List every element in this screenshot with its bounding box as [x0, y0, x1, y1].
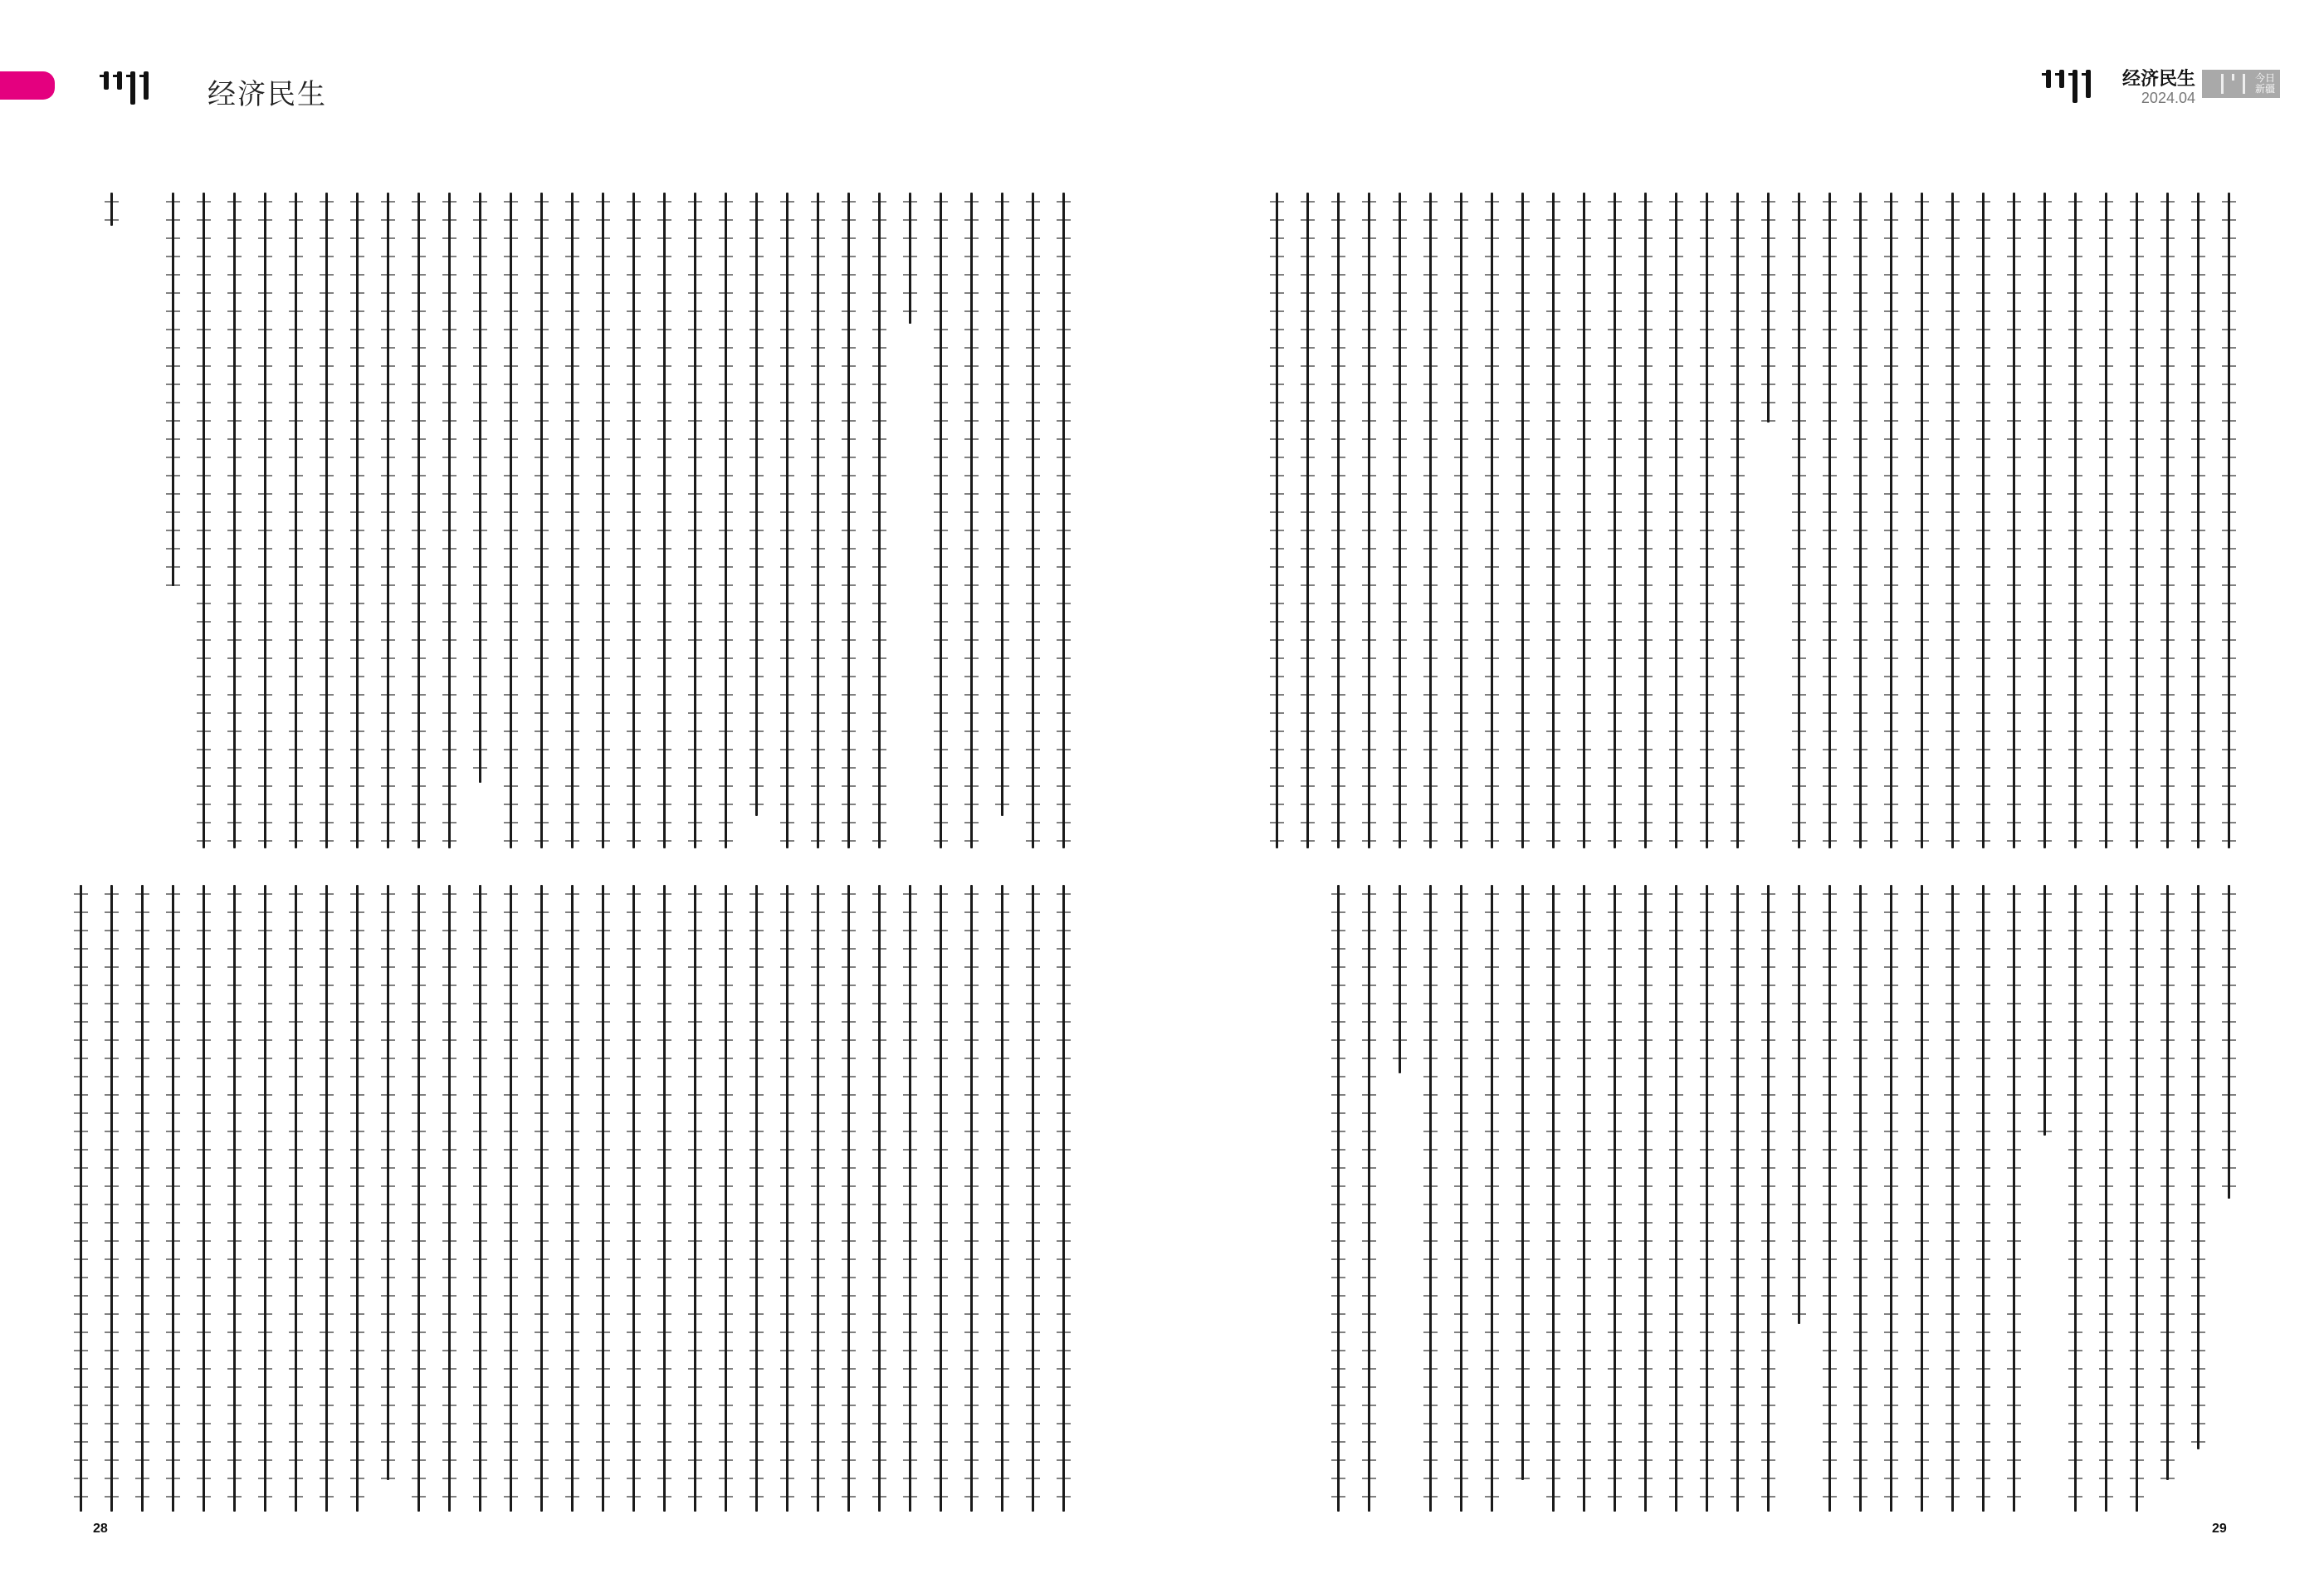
- text-column: [833, 885, 864, 1512]
- text-column: [557, 193, 588, 848]
- text-column: [710, 885, 741, 1512]
- text-column: [803, 885, 833, 1512]
- text-column: [1814, 885, 1845, 1512]
- text-column: [1354, 193, 1384, 848]
- text-column: [526, 193, 557, 848]
- text-column: [1384, 193, 1415, 848]
- text-column: [741, 885, 772, 1512]
- issue-date: 2024.04: [2122, 90, 2195, 106]
- section-label-mongolian: ᠡᠳ᠋ ᠵᠠᠰᠠᠭ᠂ ᠠᠷᠠᠳ ᠤᠨ ᠠᠮᠢᠳᠤᠷᠠᠯ: [2046, 70, 2091, 103]
- left-page: ᠡᠳ᠋ ᠵᠠᠰᠠᠭ᠂ ᠠᠷᠠᠳ ᠤᠨ ᠠᠮᠢᠳᠤᠷᠠᠯ 经济民生 28: [0, 0, 1162, 1588]
- text-column: [2029, 193, 2060, 848]
- text-column: [1538, 193, 1569, 848]
- text-column: [956, 193, 987, 848]
- text-column: [1048, 885, 1079, 1512]
- text-column: [864, 193, 895, 848]
- text-column: [1538, 885, 1569, 1512]
- text-column: [496, 193, 526, 848]
- text-column: [2214, 193, 2244, 848]
- text-column: [1446, 885, 1477, 1512]
- text-column: [987, 193, 1018, 848]
- text-column: [2060, 885, 2091, 1512]
- text-column: [1876, 193, 1907, 848]
- text-column: [649, 885, 680, 1512]
- text-column: [1018, 193, 1048, 848]
- text-column: [127, 885, 158, 1512]
- text-column: [864, 885, 895, 1512]
- text-column: [588, 193, 618, 848]
- text-column: [1968, 885, 1999, 1512]
- page-number: 28: [93, 1522, 108, 1537]
- article-text-block-bottom: [1323, 885, 2244, 1512]
- section-tab-marker: [0, 71, 55, 100]
- text-column: [1999, 193, 2029, 848]
- text-column: [895, 193, 925, 848]
- text-column: [1661, 885, 1692, 1512]
- text-column: [1722, 885, 1753, 1512]
- text-column: [1630, 885, 1661, 1512]
- text-column: [680, 885, 710, 1512]
- text-column: [526, 885, 557, 1512]
- text-column: [680, 193, 710, 848]
- text-column: [219, 885, 250, 1512]
- text-column: [1753, 193, 1784, 848]
- text-column: [1999, 885, 2029, 1512]
- text-column: [2091, 885, 2121, 1512]
- text-column: [741, 193, 772, 848]
- text-column: [2121, 193, 2152, 848]
- text-column: [1323, 885, 1354, 1512]
- text-column: [1507, 885, 1538, 1512]
- text-column: [403, 193, 434, 848]
- text-column: [710, 193, 741, 848]
- text-column: [1446, 193, 1477, 848]
- text-column: [496, 885, 526, 1512]
- text-column: [1722, 193, 1753, 848]
- text-column: [1323, 193, 1354, 848]
- text-column: [1907, 193, 1937, 848]
- text-column: [219, 193, 250, 848]
- text-column: [250, 193, 281, 848]
- text-column: [1384, 885, 1415, 1512]
- text-column: [281, 193, 311, 848]
- text-column: [188, 193, 219, 848]
- text-column: [311, 885, 342, 1512]
- text-column: [1569, 193, 1599, 848]
- text-column: [1415, 193, 1446, 848]
- text-column: [2091, 193, 2121, 848]
- text-column: [1937, 193, 1968, 848]
- text-column: [434, 885, 465, 1512]
- text-column: [1692, 885, 1722, 1512]
- text-column: [66, 885, 96, 1512]
- text-column: [1845, 193, 1876, 848]
- page-header: ᠡᠳ᠋ ᠵᠠᠰᠠᠭ᠂ ᠠᠷᠠᠳ ᠤᠨ ᠠᠮᠢᠳᠤᠷᠠᠯ 经济民生 2024.04…: [2046, 70, 2280, 106]
- text-column: [1814, 193, 1845, 848]
- text-column: [158, 885, 188, 1512]
- magazine-logo-badge: 今日 新疆: [2202, 70, 2280, 98]
- text-column: [2029, 885, 2060, 1512]
- text-column: [987, 885, 1018, 1512]
- text-column: [2214, 885, 2244, 1512]
- text-column: [311, 193, 342, 848]
- text-column: [925, 885, 956, 1512]
- text-column: [403, 885, 434, 1512]
- text-column: [2060, 193, 2091, 848]
- text-column: [618, 885, 649, 1512]
- text-column: [557, 885, 588, 1512]
- text-column: [1784, 193, 1814, 848]
- text-column: [250, 885, 281, 1512]
- text-column: [373, 885, 403, 1512]
- section-label-mongolian: ᠡᠳ᠋ ᠵᠠᠰᠠᠭ᠂ ᠠᠷᠠᠳ ᠤᠨ ᠠᠮᠢᠳᠤᠷᠠᠯ: [104, 71, 149, 105]
- text-column: [281, 885, 311, 1512]
- text-column: [1876, 885, 1907, 1512]
- text-column: [925, 193, 956, 848]
- right-page: ᠡᠳ᠋ ᠵᠠᠰᠠᠭ᠂ ᠠᠷᠠᠳ ᠤᠨ ᠠᠮᠢᠳᠤᠷᠠᠯ 经济民生 2024.04…: [1162, 0, 2324, 1588]
- section-title: 经济民生: [207, 71, 327, 112]
- text-column: [96, 885, 127, 1512]
- text-column: [1968, 193, 1999, 848]
- text-column: [833, 193, 864, 848]
- article-text-block-top: [1262, 193, 2244, 848]
- section-title: 经济民生: [2122, 70, 2195, 90]
- mongolian-logo-glyphs: [2221, 74, 2245, 94]
- text-column: [2152, 193, 2183, 848]
- text-column: [188, 885, 219, 1512]
- article-text-block-top: [96, 193, 1079, 848]
- text-column: [1599, 885, 1630, 1512]
- text-column: [1661, 193, 1692, 848]
- text-column: [2121, 885, 2152, 1512]
- text-column: [96, 193, 127, 848]
- text-column: [772, 885, 803, 1512]
- text-column: [342, 193, 373, 848]
- text-column: [1507, 193, 1538, 848]
- text-column: [772, 193, 803, 848]
- text-column: [465, 885, 496, 1512]
- text-column: [1937, 885, 1968, 1512]
- text-column: [1477, 193, 1507, 848]
- text-column: [127, 193, 158, 848]
- text-column: [895, 885, 925, 1512]
- text-column: [956, 885, 987, 1512]
- text-column: [1292, 193, 1323, 848]
- text-column: [1845, 885, 1876, 1512]
- logo-text-line2: 新疆: [2255, 84, 2277, 95]
- text-column: [618, 193, 649, 848]
- text-column: [342, 885, 373, 1512]
- text-column: [1630, 193, 1661, 848]
- text-column: [649, 193, 680, 848]
- text-column: [2183, 193, 2214, 848]
- text-column: [373, 193, 403, 848]
- text-column: [1692, 193, 1722, 848]
- text-column: [2183, 885, 2214, 1512]
- text-column: [1477, 885, 1507, 1512]
- text-column: [1018, 885, 1048, 1512]
- text-column: [1599, 193, 1630, 848]
- text-column: [1262, 193, 1292, 848]
- text-column: [2152, 885, 2183, 1512]
- text-column: [1907, 885, 1937, 1512]
- text-column: [1048, 193, 1079, 848]
- text-column: [1354, 885, 1384, 1512]
- article-text-block-bottom: [66, 885, 1079, 1512]
- text-column: [465, 193, 496, 848]
- text-column: [434, 193, 465, 848]
- text-column: [1753, 885, 1784, 1512]
- text-column: [158, 193, 188, 848]
- text-column: [1784, 885, 1814, 1512]
- text-column: [588, 885, 618, 1512]
- text-column: [1415, 885, 1446, 1512]
- text-column: [1569, 885, 1599, 1512]
- text-column: [803, 193, 833, 848]
- page-number: 29: [2212, 1522, 2227, 1537]
